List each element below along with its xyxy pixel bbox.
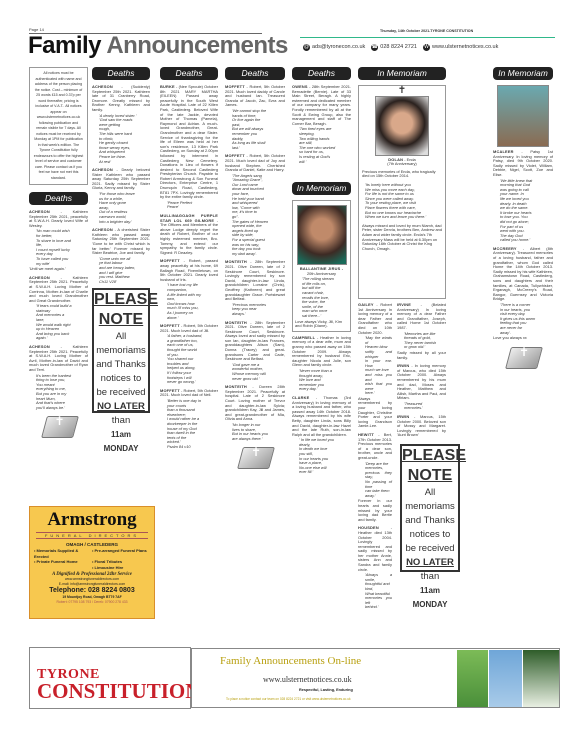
- email-text: ads@tyronecon.co.uk: [312, 44, 365, 50]
- pn-line: than: [402, 570, 458, 584]
- entry-text: - 28th September 2021. Bernadette (Berni…: [292, 84, 351, 126]
- pn-line: PLEASE: [94, 290, 148, 310]
- column-4: Deaths MOFFETT - Robert, 5th October 202…: [225, 67, 285, 478]
- page-title: Family Announcements: [28, 34, 288, 58]
- notice-entry: ACHESON - (Suddenly) September 25th 2021…: [92, 85, 150, 164]
- bible-icon: ✝: [234, 445, 276, 475]
- entry-verse: 'The rolling stream of life rolls on, bu…: [295, 277, 348, 318]
- pn-line: 11am MONDAY: [94, 428, 148, 456]
- banner-photo-lily: [523, 650, 559, 707]
- title-part: Announcements: [106, 32, 288, 59]
- entry-text: - Doreen 28th September 2021. Peacefully…: [225, 384, 285, 421]
- entry-verse: 'Always a smile, thoughtful and kind, Wh…: [358, 573, 392, 610]
- notice-entry: MOFFETT - Robert, 5th October 2021. Much…: [160, 324, 218, 385]
- notice-entry: ACHESON - Kathleen September 25th 2021. …: [29, 345, 88, 410]
- web-text: www.ulsternetnotices.co.uk: [432, 44, 498, 50]
- notice-entry: IRWIN - Marcus, 15th October 2000. Belov…: [397, 415, 446, 438]
- entry-verse: 'A dearly loved sister.' 'God saw the ro…: [92, 114, 150, 165]
- entry-text: - In loving memory of Marcus, who died 1…: [397, 363, 446, 400]
- notice-entry: BURKE - (Nee Sproule) October 8th 2021 M…: [160, 85, 218, 210]
- entry-after: 'Until we meet again.': [29, 267, 88, 272]
- notice-entry: OWENS - 28th September 2021. Bernadette …: [292, 85, 351, 164]
- entry-text: - The Officers and Members of the above …: [160, 218, 218, 255]
- email-icon: @: [303, 44, 310, 51]
- column-1: All notices must be authenticated with n…: [29, 67, 88, 447]
- entry-after: Love you always xx: [493, 336, 553, 341]
- notice-entry: MONTEITH - 28th September 2021. Olive Do…: [225, 321, 285, 382]
- entry-text: Precious memories of Enda, who tragicall…: [362, 170, 442, 179]
- ad-service-item: • Memorials Supplied & Erected: [34, 548, 92, 559]
- entry-verse: It's been the hardest thing to lose you,…: [29, 374, 88, 411]
- banner-cta: To place a notice contact our team on 02…: [226, 697, 351, 701]
- web-link[interactable]: Wwww.ulsternetnotices.co.uk: [423, 44, 498, 51]
- entry-verse: 'For those who leave us for a while, Hav…: [92, 192, 150, 224]
- entry-after: Sadly missed by all your family.: [397, 351, 446, 360]
- pn-line: NOTE: [402, 466, 458, 486]
- ad-service-item: [34, 565, 92, 571]
- pn-line: NO LATER: [94, 400, 148, 414]
- entry-verse: 'Better is one day in your courts than a…: [160, 399, 218, 450]
- entry-text: - 28th September 2021. Olive Doreen, lat…: [225, 259, 285, 301]
- memoriam-heading: In Memoriam: [358, 67, 446, 80]
- logo-line: CONSTITUTION: [37, 679, 200, 704]
- column-6: In Memoriam ✝ DOLAN - Enda (7th Annivers…: [358, 67, 446, 614]
- banner-tagline: Respectful, Lasting, Enduring: [299, 688, 353, 692]
- pn-line: PLEASE: [402, 446, 458, 466]
- entry-text: - Kathleen September 25th 2021. Peaceful…: [29, 344, 88, 372]
- tyrone-constitution-logo: TYRONE CONSTITUTION: [29, 647, 191, 709]
- bible-icon: ✝: [502, 345, 544, 375]
- entry-verse: 'Never more than a thought away, We love…: [292, 369, 351, 392]
- deaths-heading: Deaths: [225, 67, 285, 80]
- ad-mobile: Robert: 07795 108 793 / Derek: 07900 278…: [30, 600, 154, 605]
- notice-entry: MOFFETT - Robert, 5th October 2021. Much…: [160, 389, 218, 450]
- entry-text: - Patsy 1st Anniversary. In loving memor…: [493, 149, 553, 177]
- pn-line: than: [94, 414, 148, 428]
- cross-icon: ✝: [362, 89, 442, 94]
- portrait-photo: [375, 96, 429, 156]
- pn-line: be received: [402, 542, 458, 556]
- notice-entry: ACHESON - Kathleen September 25th 2021. …: [29, 276, 88, 341]
- entry-text: - (Suddenly) September 25th 2021. Kathle…: [92, 84, 150, 112]
- phone-icon: ☎: [371, 44, 378, 51]
- notice-entry: MCCREERY - Albert (8th Anniversary). Tre…: [493, 247, 553, 341]
- notice-entry: MOFFETT - Robert, 5th October 2021. Much…: [225, 85, 285, 150]
- entry-verse: 'Come unto me all ye that labour and are…: [92, 257, 150, 285]
- pn-line: and Thanks: [94, 358, 148, 372]
- notice-entry: IRVINE - (Belated Anniversary) In loving…: [397, 303, 446, 360]
- entry-name: MULLINAGOAGH PURPLE STAR LOL 669 GILMORE: [160, 213, 218, 223]
- notice-entry: MONTEITH - Doreen 28th September 2021. P…: [225, 385, 285, 441]
- entry-verse: ' In life we loved you dearly, In death …: [292, 438, 351, 475]
- entry-text: - Thomas (3rd Anniversary) In loving mem…: [292, 395, 351, 437]
- column-2: Deaths ACHESON - (Suddenly) September 25…: [92, 67, 150, 413]
- deaths-heading: Deaths: [92, 67, 150, 80]
- entry-verse: 'No longer in our lives to share, But in…: [225, 423, 285, 441]
- entry-text: - Robert 1st Anniversary In loving memor…: [358, 302, 392, 335]
- portrait-photo: [297, 205, 347, 265]
- entry-text: - Heather In loving memory of a dear wif…: [292, 335, 351, 368]
- entry-text: - 28th September 2021. Olive Doreen, lat…: [225, 320, 285, 362]
- pn-line: NO LATER: [402, 556, 458, 570]
- notice-entry: HEWITT - Bert, 17th October 2013. Precio…: [358, 433, 392, 522]
- notice-entry: IRWIN - In loving memory of Marcus, who …: [397, 364, 446, 411]
- ad-service-item: • Limousine Hire: [92, 565, 150, 571]
- contact-bar: @ads@tyronecon.co.uk ☎028 8224 2721 Wwww…: [303, 44, 498, 51]
- web-icon: W: [423, 44, 430, 51]
- entry-verse: 'May the winds of Heaven blow softly and…: [358, 336, 392, 396]
- entry-after: Love always Vicky, Jill, Kim and Robin (…: [295, 320, 348, 329]
- entry-verse: 'God gave me a wonderful mother, Whose m…: [225, 363, 285, 381]
- notice-entry: MCALEER - Patsy 1st Anniversary. In lovi…: [493, 150, 553, 243]
- entry-verse: 'Two tired eyes are sleeping, Two willin…: [292, 127, 351, 164]
- entry-text: - Albert (8th Anniversary). Treasured me…: [493, 246, 553, 302]
- entry-verse: 'Treasured memories.': [397, 402, 446, 411]
- email-link[interactable]: @ads@tyronecon.co.uk: [303, 44, 365, 51]
- ballantine-box: BALLANTINE JIRUS - 20th Anniversary 'The…: [292, 200, 351, 332]
- column-3: Deaths BURKE - (Nee Sproule) October 8th…: [160, 67, 218, 454]
- deaths-heading: Deaths: [160, 67, 218, 80]
- entry-text: - (Belated Anniversary) In loving memory…: [397, 302, 446, 330]
- pn-line: and Thanks: [402, 514, 458, 528]
- entry-anniv: (7th Anniversary): [362, 162, 442, 167]
- notice-entry: ACHESON - A cherished Sister Kathleen wh…: [92, 228, 150, 284]
- ad-sub: FUNERAL DIRECTORS: [36, 532, 148, 539]
- entry-after: Always missed and loved by mum Niamh, da…: [362, 224, 442, 252]
- notice-entry: CLARKE - Thomas (3rd Anniversary) In lov…: [292, 396, 351, 475]
- portrait-photo: [497, 85, 549, 147]
- pn-line: NOTE: [94, 310, 148, 330]
- entry-text: - Kathleen September 25th 2021. Peaceful…: [29, 275, 88, 303]
- entry-after: Forever in our hearts and sadly missed b…: [358, 499, 392, 522]
- title-part: Family: [28, 32, 101, 59]
- please-note-box: PLEASE NOTE All memoriams and Thanks not…: [400, 444, 460, 572]
- entry-text: - Heather died 13th October 2004. Loving…: [358, 525, 392, 571]
- entry-verse: 'If tears could build a stairway And mem…: [29, 304, 88, 341]
- memoriam-heading: In Memoriam: [292, 182, 351, 195]
- notice-box: All notices must be authenticated with n…: [29, 67, 88, 185]
- banner-url[interactable]: www.ulsternetnotices.co.uk: [263, 675, 352, 684]
- ad-service-item: • Pre-arranged Funeral Plans: [92, 548, 150, 559]
- entry-text: - Bert, 17th October 2013. Precious memo…: [358, 432, 392, 460]
- online-banner[interactable]: Family Announcements On-line www.ulstern…: [191, 648, 560, 708]
- phone-link[interactable]: ☎028 8224 2721: [371, 44, 417, 51]
- pn-line: All memoriams: [94, 330, 148, 358]
- notice-entry: HOUSDEN - Heather died 13th October 2004…: [358, 526, 392, 610]
- armstrong-ad[interactable]: Armstrong FUNERAL DIRECTORS OMAGH / CAST…: [29, 506, 155, 619]
- entry-verse: 'Deep are the memories, precious they st…: [358, 462, 392, 499]
- deaths-heading: Deaths: [29, 192, 88, 205]
- pn-line: 11am MONDAY: [402, 584, 458, 612]
- entry-verse: 'There is a corner in our hearts, you vi…: [493, 303, 553, 335]
- notice-entry: MOFFETT - Robert, 5th October 2021. Much…: [225, 154, 285, 256]
- notice-entry: ACHESON - Dearly beloved Sister Kathleen…: [92, 168, 150, 224]
- banner-photo-dove: [489, 650, 522, 707]
- ad-phone: Telephone: 028 8224 0803: [30, 586, 154, 595]
- dateline: Thursday, 14th October 2021-TYRONE CONST…: [380, 29, 473, 33]
- entry-after: Always remembered by your loving Daughte…: [358, 397, 392, 429]
- column-8: In Memoriam MCALEER - Patsy 1st Annivers…: [493, 67, 553, 378]
- notice-entry: GAILEY - Robert 1st Anniversary In lovin…: [358, 303, 392, 429]
- column-5: Deaths OWENS - 28th September 2021. Bern…: [292, 67, 351, 479]
- pn-line: be received: [94, 386, 148, 400]
- pn-line: All memoriams: [402, 486, 458, 514]
- phone-text: 028 8224 2721: [380, 44, 417, 50]
- banner-title: Family Announcements On-line: [220, 655, 361, 667]
- divider: [300, 37, 555, 38]
- notice-entry: ACHESON - Kathleen September 25th 2021, …: [29, 210, 88, 272]
- entry-verse: 'No man could wish for better, To share …: [29, 229, 88, 266]
- memoriam-heading: In Memoriam: [493, 67, 553, 80]
- notice-entry: MULLINAGOAGH PURPLE STAR LOL 669 GILMORE…: [160, 214, 218, 255]
- ad-brand: Armstrong: [30, 507, 154, 531]
- notice-entry: MOFFETT - Robert, passed away peacefully…: [160, 259, 218, 320]
- pn-line: notices to: [94, 372, 148, 386]
- dolan-box: ✝ DOLAN - Enda (7th Anniversary) Preciou…: [358, 85, 446, 299]
- entry-verse: 'We cannot stop the hands of time, Or li…: [225, 109, 285, 150]
- entry-text: - A cherished Sister Kathleen who passed…: [92, 227, 150, 255]
- notice-entry: MONTEITH - 28th September 2021. Olive Do…: [225, 260, 285, 316]
- banner-photo-family: [457, 650, 488, 707]
- entry-verse: 'Precious memories keep you near always.…: [225, 303, 285, 317]
- pn-line: notices to: [402, 528, 458, 542]
- entry-verse: 'We little knew that morning that God wa…: [493, 179, 553, 243]
- ad-services: • Memorials Supplied & Erected• Pre-arra…: [30, 547, 154, 571]
- entry-text: - (Nee Sproule) October 8th 2021 MARY MA…: [160, 84, 218, 199]
- notice-entry: CAMPBELL - Heather In loving memory of a…: [292, 336, 351, 392]
- bible-icon: ✝: [38, 414, 80, 444]
- entry-verse: 'Memories are like threads of gold, They…: [397, 332, 446, 350]
- entry-verse: 'I have lost my life companion, A life l…: [160, 283, 218, 320]
- entry-verse: 'Peace Perfect Peace': [160, 201, 218, 210]
- entry-verse: 'Its lonely here without you We miss you…: [362, 183, 442, 220]
- entry-verse: 'A father, a husband, a grandfather too,…: [160, 334, 218, 385]
- deaths-heading: Deaths: [292, 67, 351, 80]
- please-note-box: PLEASE NOTE All memoriams and Thanks not…: [92, 288, 150, 413]
- entry-verse: 'The Angels sang "Amazing Grace", Our Lo…: [225, 174, 285, 257]
